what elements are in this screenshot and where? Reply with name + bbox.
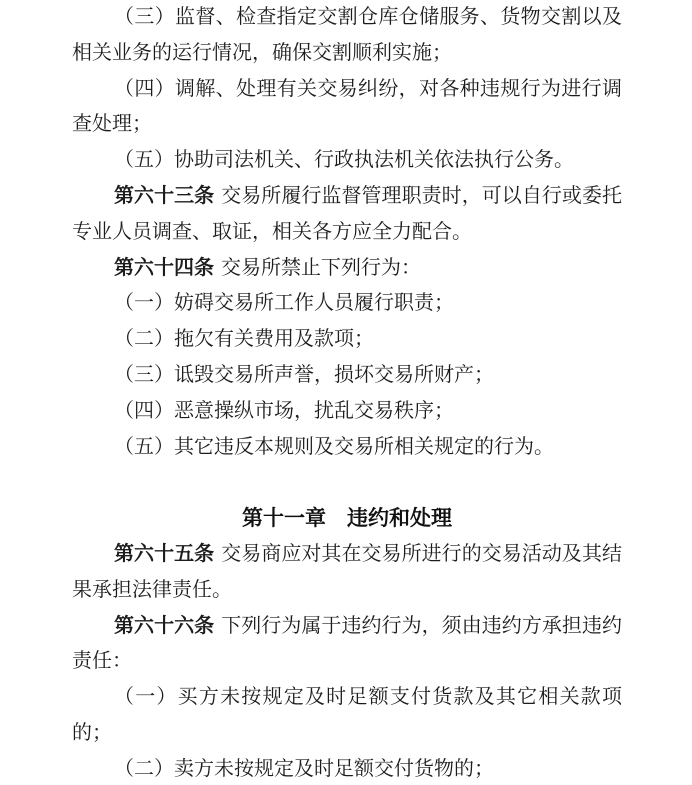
list-item: （四）恶意操纵市场，扰乱交易秩序； <box>72 394 622 430</box>
list-item: （一）买方未按规定及时足额支付货款及其它相关款项的； <box>72 680 622 752</box>
chapter-heading: 第十一章 违约和处理 <box>72 501 622 537</box>
article-number: 第六十四条 <box>114 257 214 279</box>
article-number: 第六十三条 <box>114 185 214 207</box>
list-item: （二）卖方未按规定及时足额交付货物的； <box>72 752 622 785</box>
document-page: （三）监督、检查指定交割仓库仓储服务、货物交割以及相关业务的运行情况，确保交割顺… <box>0 0 692 785</box>
list-item: （三）诋毁交易所声誉，损坏交易所财产； <box>72 358 622 394</box>
article-number: 第六十六条 <box>114 615 214 637</box>
list-item: （一）妨碍交易所工作人员履行职责； <box>72 286 622 322</box>
list-item: （五）协助司法机关、行政执法机关依法执行公务。 <box>72 143 622 179</box>
article-number: 第六十五条 <box>114 543 214 565</box>
article-clause: 第六十五条交易商应对其在交易所进行的交易活动及其结果承担法律责任。 <box>72 537 622 609</box>
article-clause: 第六十三条交易所履行监督管理职责时，可以自行或委托专业人员调查、取证，相关各方应… <box>72 179 622 251</box>
article-clause: 第六十四条交易所禁止下列行为： <box>72 251 622 287</box>
list-item: （五）其它违反本规则及交易所相关规定的行为。 <box>72 430 622 466</box>
document-body: （三）监督、检查指定交割仓库仓储服务、货物交割以及相关业务的运行情况，确保交割顺… <box>0 0 692 785</box>
article-clause: 第六十六条下列行为属于违约行为，须由违约方承担违约责任： <box>72 609 622 681</box>
list-item: （四）调解、处理有关交易纠纷，对各种违规行为进行调查处理； <box>72 72 622 144</box>
list-item: （三）监督、检查指定交割仓库仓储服务、货物交割以及相关业务的运行情况，确保交割顺… <box>72 0 622 72</box>
article-text: 交易所禁止下列行为： <box>221 257 421 279</box>
list-item: （二）拖欠有关费用及款项； <box>72 322 622 358</box>
